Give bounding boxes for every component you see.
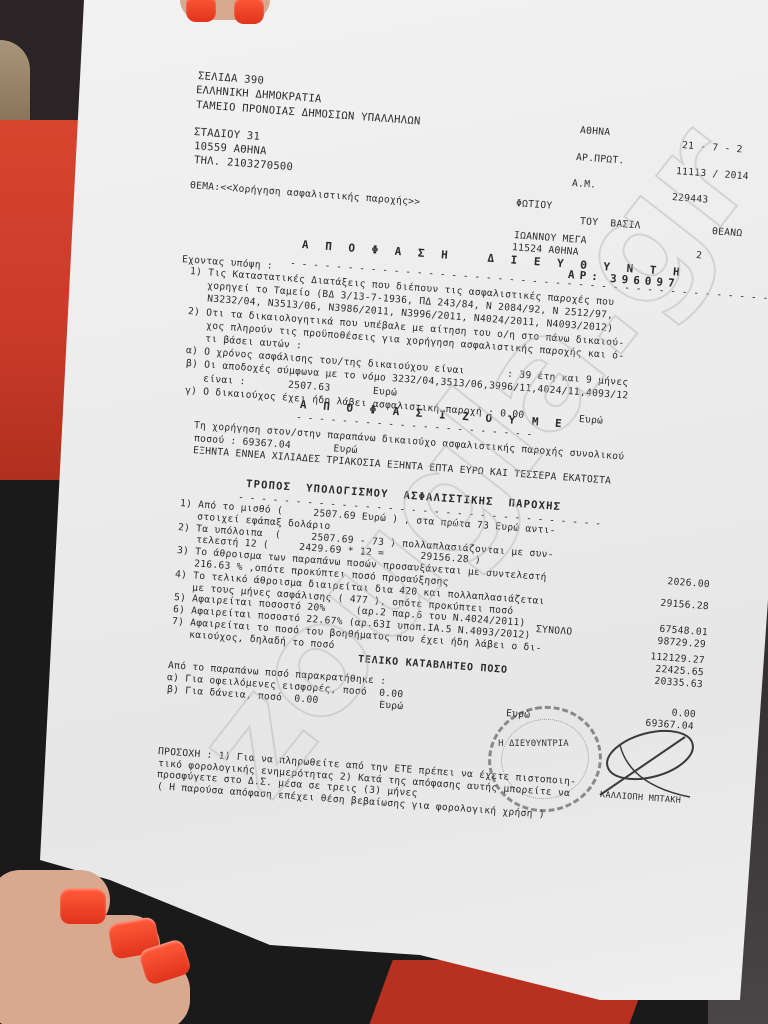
recipient-surname: ΦΩΤΙΟΥ — [516, 198, 553, 213]
final-amount-title: ΤΕΛΙΚΟ ΚΑΤΑΒΛΗΤΕΟ ΠΟΣΟ — [358, 654, 509, 677]
recipient-street-number: 2 — [696, 250, 703, 262]
protocol-label: ΑΡ.ΠΡΩΤ. — [576, 152, 625, 168]
signature-mark — [590, 725, 700, 805]
recipient-first-name: ΘΕΑΝΩ — [712, 226, 743, 240]
nail-top-1 — [186, 0, 216, 22]
nail-top-2 — [234, 0, 264, 24]
city-label: ΑΘΗΝΑ — [580, 125, 611, 139]
sum-label: ΣΥΝΟΛΟ — [536, 624, 573, 639]
calculation-amount: 2026.00 — [620, 573, 711, 592]
protocol-number: 11113 / 2014 — [676, 166, 750, 183]
nail-bottom-1 — [60, 888, 106, 924]
stamp-inner-ring — [495, 712, 596, 806]
phone-number: ΤΗΛ. 2103270500 — [194, 154, 294, 174]
calculation-amount: 29156.28 — [618, 595, 709, 614]
document-subject: ΘΕΜΑ:<<Χορήγηση ασφαλιστικής παροχής>> — [190, 180, 421, 209]
recipient-father: ΤΟΥ ΒΑΣΙΛ — [580, 216, 641, 232]
am-number: 229443 — [672, 192, 709, 207]
am-label: Α.Μ. — [572, 178, 597, 192]
stamp-text: Η ΔΙΕΥΘΥΝΤΡΙΑ — [498, 739, 568, 749]
document-content: ΣΕΛΙΔΑ 390 ΕΛΛΗΝΙΚΗ ΔΗΜΟΚΡΑΤΙΑ ΤΑΜΕΙΟ ΠΡ… — [0, 0, 768, 1024]
document-date: 21 - 7 - 2 — [682, 140, 743, 156]
